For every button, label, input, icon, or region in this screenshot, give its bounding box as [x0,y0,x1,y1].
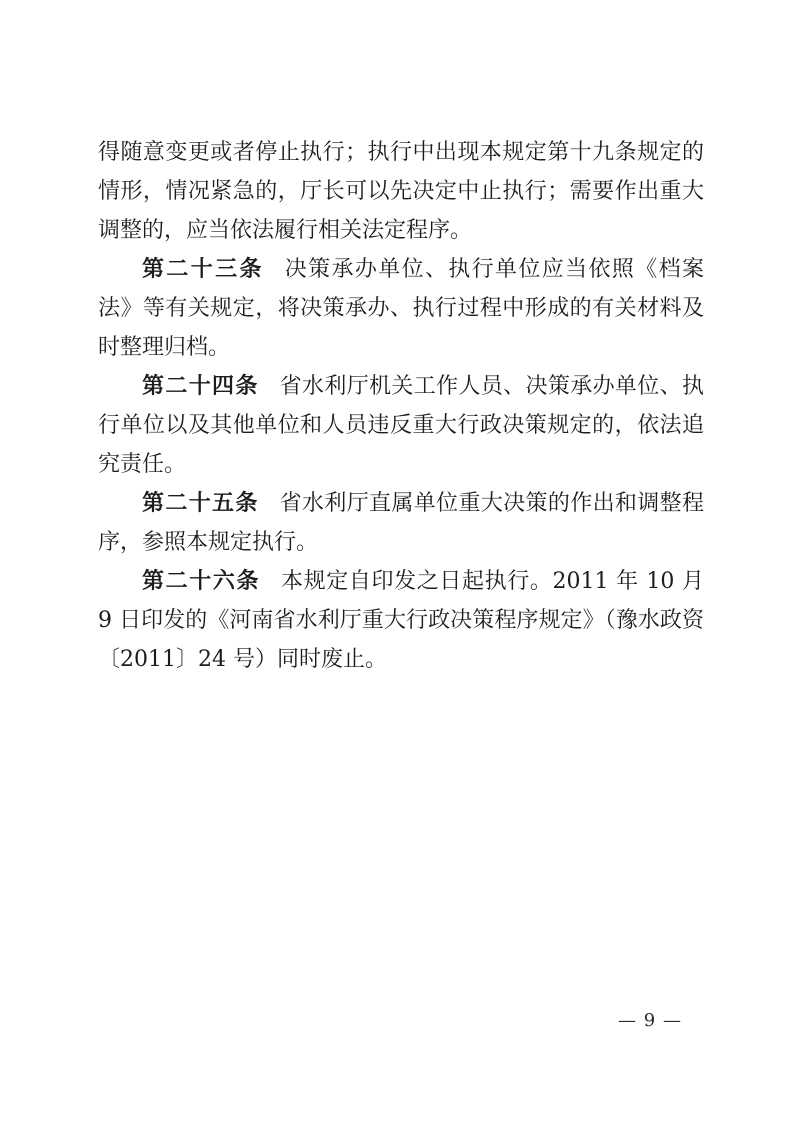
paragraph: 第二十三条决策承办单位、执行单位应当依照《档案法》等有关规定，将决策承办、执行过… [98,250,704,367]
paragraph: 第二十六条本规定自印发之日起执行。2011 年 10 月 9 日印发的《河南省水… [98,562,704,679]
document-page: 得随意变更或者停止执行；执行中出现本规定第十九条规定的情形，情况紧急的，厅长可以… [0,0,800,1131]
paragraph: 第二十四条省水利厅机关工作人员、决策承办单位、执行单位以及其他单位和人员违反重大… [98,367,704,484]
page-number: — 9 — [614,1009,686,1033]
paragraph: 第二十五条省水利厅直属单位重大决策的作出和调整程序，参照本规定执行。 [98,484,704,562]
article-number: 第二十三条 [142,257,264,282]
article-number: 第二十五条 [142,491,259,516]
paragraph-text: 得随意变更或者停止执行；执行中出现本规定第十九条规定的情形，情况紧急的，厅长可以… [98,140,704,243]
paragraph: 得随意变更或者停止执行；执行中出现本规定第十九条规定的情形，情况紧急的，厅长可以… [98,133,704,250]
article-number: 第二十四条 [142,374,259,399]
document-body: 得随意变更或者停止执行；执行中出现本规定第十九条规定的情形，情况紧急的，厅长可以… [98,133,704,679]
article-number: 第二十六条 [142,569,260,594]
